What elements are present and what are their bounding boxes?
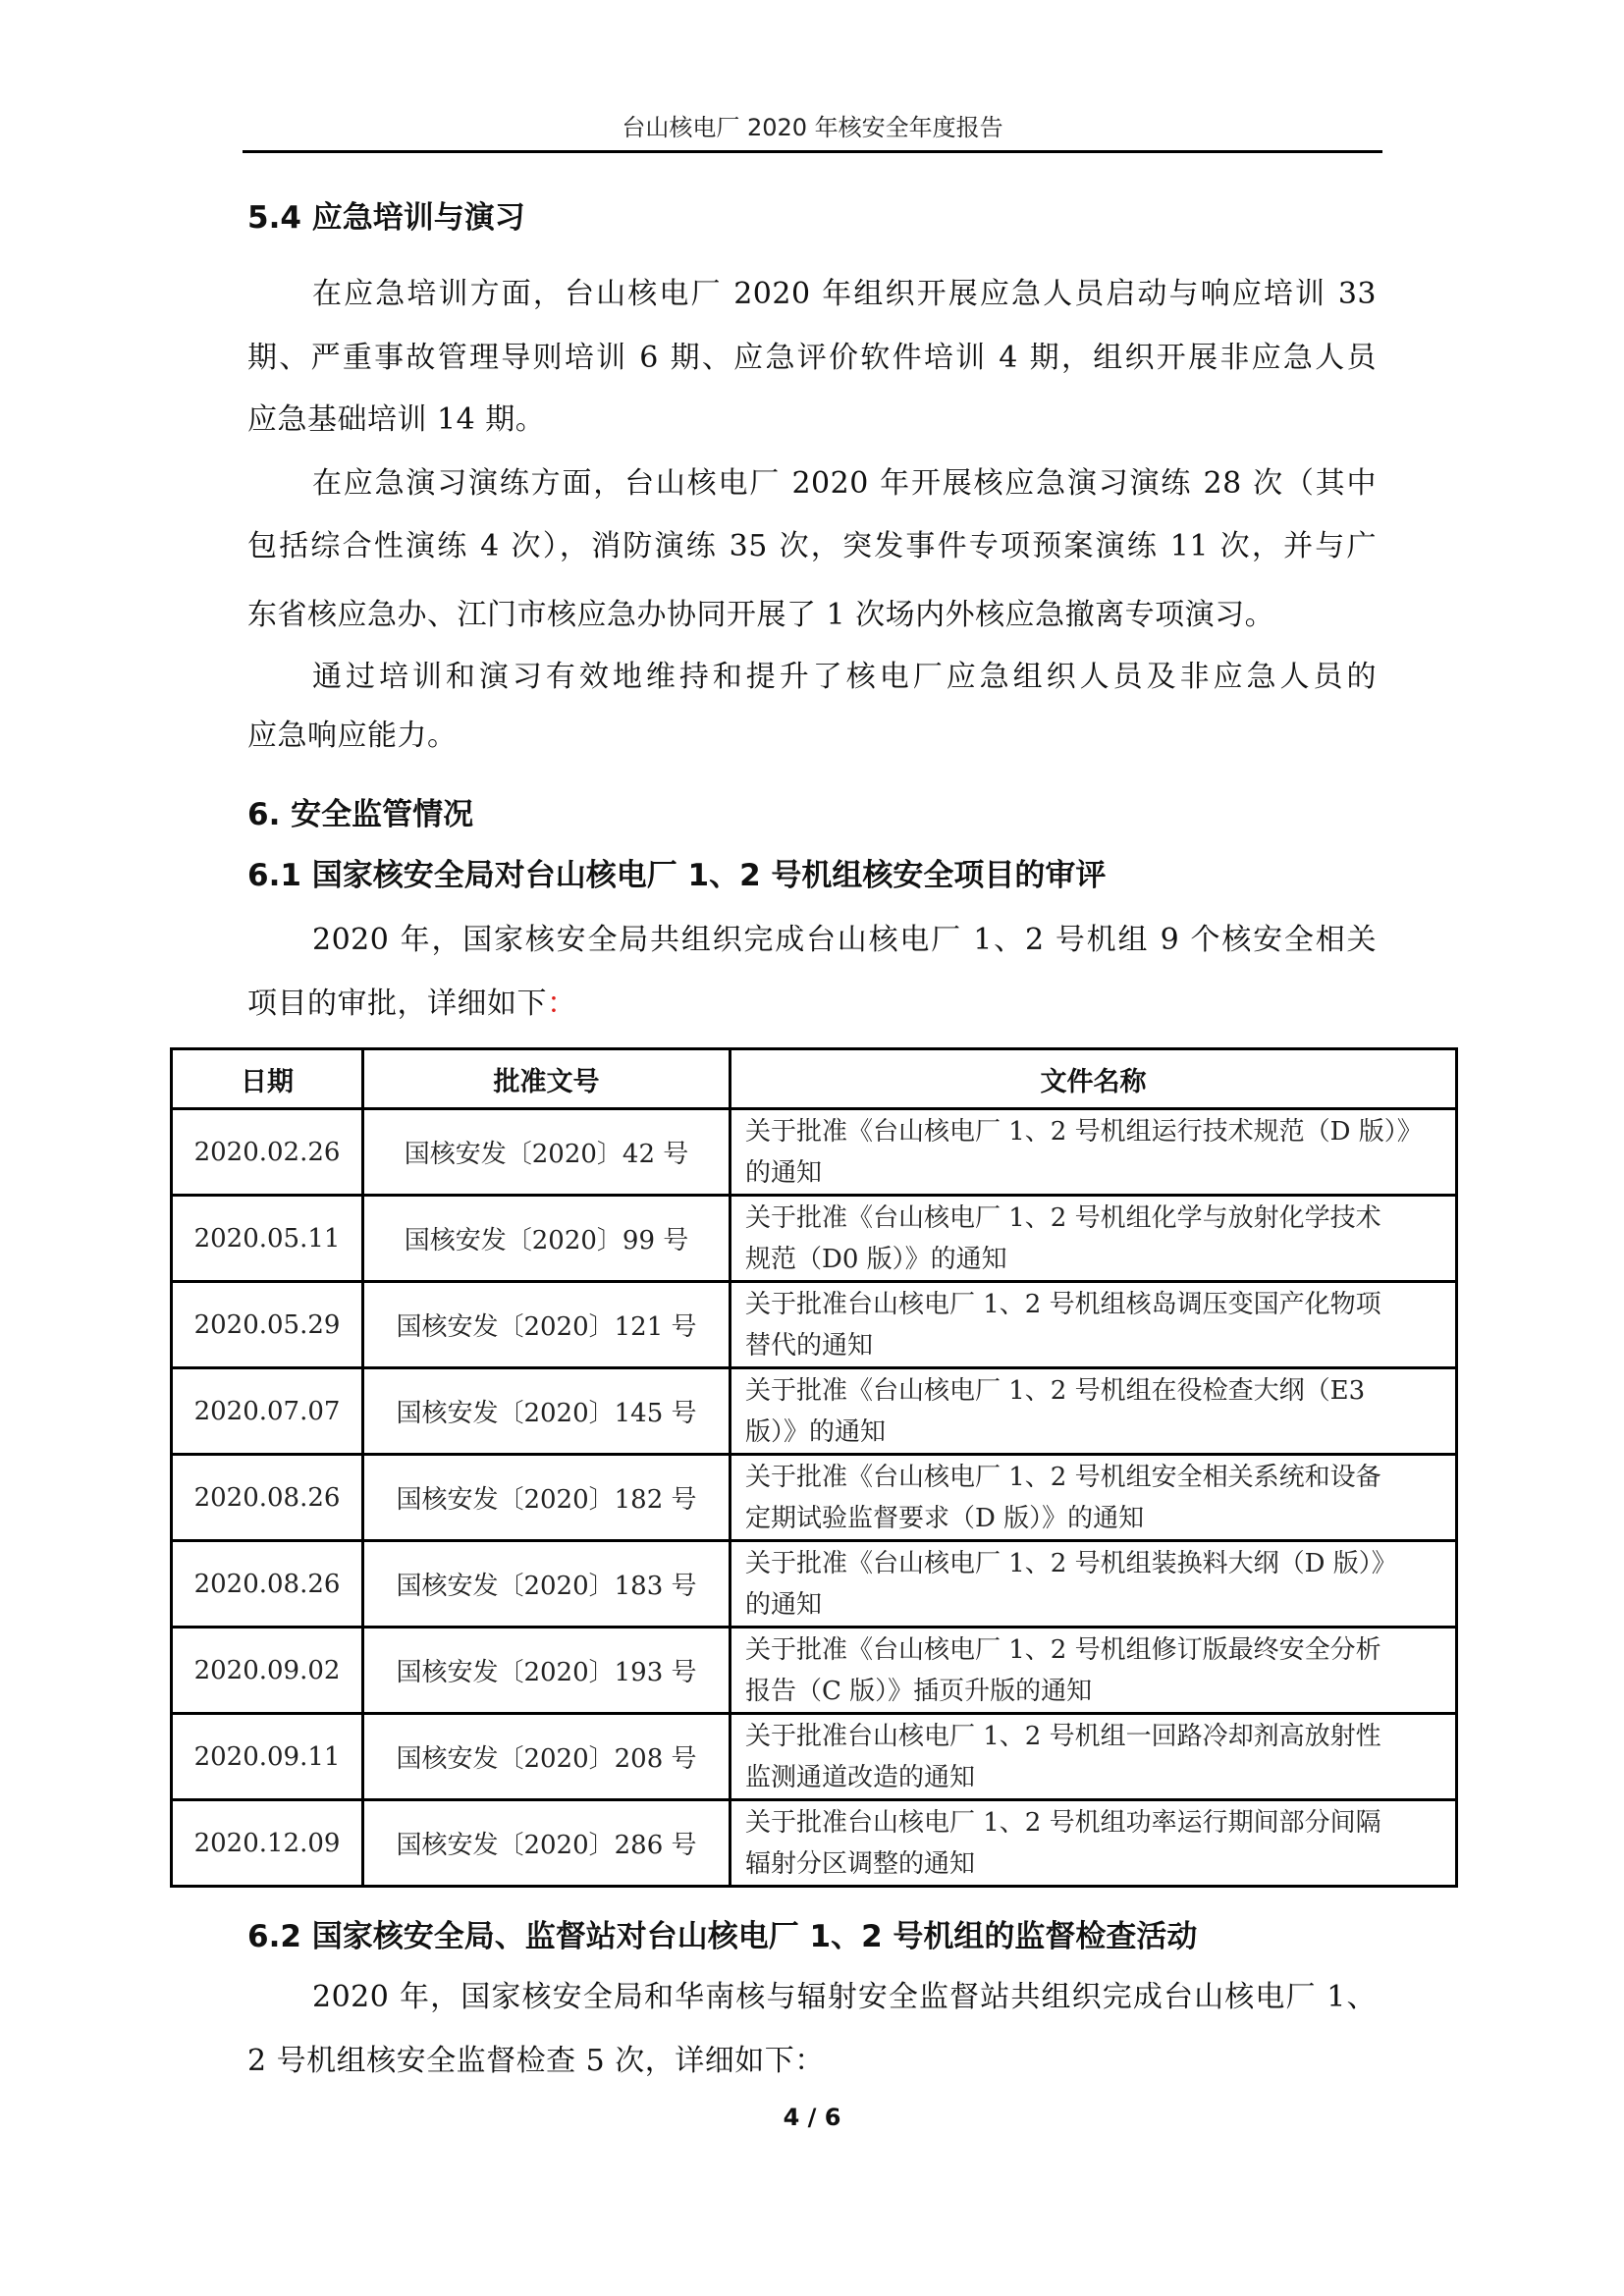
table-row: 2020.09.11国核安发〔2020〕208 号关于批准台山核电厂 1、2 号… bbox=[172, 1714, 1457, 1800]
page-header-title: 台山核电厂 2020 年核安全年度报告 bbox=[243, 108, 1382, 147]
approvals-table: 日期 批准文号 文件名称 2020.02.26国核安发〔2020〕42 号关于批… bbox=[170, 1047, 1458, 1888]
title-line: 监测通道改造的通知 bbox=[745, 1757, 1449, 1798]
title-line: 关于批准《台山核电厂 1、2 号机组安全相关系统和设备 bbox=[745, 1457, 1449, 1498]
cell-approval-number: 国核安发〔2020〕182 号 bbox=[363, 1455, 731, 1541]
cell-document-title: 关于批准《台山核电厂 1、2 号机组运行技术规范（D 版）》的通知 bbox=[731, 1109, 1457, 1196]
table-row: 2020.05.11国核安发〔2020〕99 号关于批准《台山核电厂 1、2 号… bbox=[172, 1196, 1457, 1282]
section-heading-6-2: 6.2 国家核安全局、监督站对台山核电厂 1、2 号机组的监督检查活动 bbox=[247, 1905, 1377, 1968]
paragraph-line: 通过培训和演习有效地维持和提升了核电厂应急组织人员及非应急人员的 bbox=[247, 646, 1377, 709]
cell-document-title: 关于批准《台山核电厂 1、2 号机组修订版最终安全分析报告（C 版）》插页升版的… bbox=[731, 1628, 1457, 1714]
intro-text: 项目的审批，详细如下 bbox=[247, 987, 547, 1021]
cell-date: 2020.08.26 bbox=[172, 1455, 363, 1541]
paragraph-line: 期、严重事故管理导则培训 6 期、应急评价软件培训 4 期，组织开展非应急人员 bbox=[247, 327, 1377, 390]
paragraph-line: 东省核应急办、江门市核应急办协同开展了 1 次场内外核应急撤离专项演习。 bbox=[247, 584, 1377, 647]
title-line: 关于批准台山核电厂 1、2 号机组核岛调压变国产化物项 bbox=[745, 1284, 1449, 1325]
table-row: 2020.12.09国核安发〔2020〕286 号关于批准台山核电厂 1、2 号… bbox=[172, 1800, 1457, 1887]
paragraph-line: 项目的审批，详细如下： bbox=[247, 973, 1377, 1036]
title-line: 规范（D0 版）》的通知 bbox=[745, 1239, 1449, 1280]
cell-approval-number: 国核安发〔2020〕121 号 bbox=[363, 1282, 731, 1368]
cell-date: 2020.02.26 bbox=[172, 1109, 363, 1196]
cell-approval-number: 国核安发〔2020〕145 号 bbox=[363, 1368, 731, 1455]
cell-approval-number: 国核安发〔2020〕183 号 bbox=[363, 1541, 731, 1628]
cell-date: 2020.08.26 bbox=[172, 1541, 363, 1628]
table-row: 2020.02.26国核安发〔2020〕42 号关于批准《台山核电厂 1、2 号… bbox=[172, 1109, 1457, 1196]
title-line: 关于批准《台山核电厂 1、2 号机组修订版最终安全分析 bbox=[745, 1629, 1449, 1671]
section-heading-6: 6. 安全监管情况 bbox=[247, 783, 1377, 846]
table-row: 2020.08.26国核安发〔2020〕182 号关于批准《台山核电厂 1、2 … bbox=[172, 1455, 1457, 1541]
paragraph-line: 应急响应能力。 bbox=[247, 705, 1377, 768]
paragraph-line: 2020 年，国家核安全局和华南核与辐射安全监督站共组织完成台山核电厂 1、 bbox=[247, 1966, 1377, 2029]
title-line: 替代的通知 bbox=[745, 1325, 1449, 1366]
title-line: 报告（C 版）》插页升版的通知 bbox=[745, 1671, 1449, 1712]
cell-document-title: 关于批准《台山核电厂 1、2 号机组化学与放射化学技术规范（D0 版）》的通知 bbox=[731, 1196, 1457, 1282]
column-header-date: 日期 bbox=[172, 1049, 363, 1109]
title-line: 的通知 bbox=[745, 1152, 1449, 1194]
cell-date: 2020.09.11 bbox=[172, 1714, 363, 1800]
cell-date: 2020.09.02 bbox=[172, 1628, 363, 1714]
title-line: 关于批准台山核电厂 1、2 号机组一回路冷却剂高放射性 bbox=[745, 1716, 1449, 1757]
red-colon: ： bbox=[547, 987, 577, 1021]
table-row: 2020.08.26国核安发〔2020〕183 号关于批准《台山核电厂 1、2 … bbox=[172, 1541, 1457, 1628]
title-line: 辐射分区调整的通知 bbox=[745, 1843, 1449, 1885]
cell-document-title: 关于批准《台山核电厂 1、2 号机组安全相关系统和设备定期试验监督要求（D 版）… bbox=[731, 1455, 1457, 1541]
cell-document-title: 关于批准台山核电厂 1、2 号机组一回路冷却剂高放射性监测通道改造的通知 bbox=[731, 1714, 1457, 1800]
table-row: 2020.09.02国核安发〔2020〕193 号关于批准《台山核电厂 1、2 … bbox=[172, 1628, 1457, 1714]
section-heading-5-4: 5.4 应急培训与演习 bbox=[247, 187, 1377, 249]
column-header-number: 批准文号 bbox=[363, 1049, 731, 1109]
section-heading-6-1: 6.1 国家核安全局对台山核电厂 1、2 号机组核安全项目的审评 bbox=[247, 844, 1377, 907]
cell-document-title: 关于批准《台山核电厂 1、2 号机组装换料大纲（D 版）》的通知 bbox=[731, 1541, 1457, 1628]
table-row: 2020.05.29国核安发〔2020〕121 号关于批准台山核电厂 1、2 号… bbox=[172, 1282, 1457, 1368]
cell-approval-number: 国核安发〔2020〕193 号 bbox=[363, 1628, 731, 1714]
title-line: 版）》的通知 bbox=[745, 1412, 1449, 1453]
title-line: 关于批准《台山核电厂 1、2 号机组化学与放射化学技术 bbox=[745, 1198, 1449, 1239]
table-header-row: 日期 批准文号 文件名称 bbox=[172, 1049, 1457, 1109]
title-line: 关于批准台山核电厂 1、2 号机组功率运行期间部分间隔 bbox=[745, 1802, 1449, 1843]
title-line: 定期试验监督要求（D 版）》的通知 bbox=[745, 1498, 1449, 1539]
cell-date: 2020.07.07 bbox=[172, 1368, 363, 1455]
table-row: 2020.07.07国核安发〔2020〕145 号关于批准《台山核电厂 1、2 … bbox=[172, 1368, 1457, 1455]
cell-date: 2020.05.11 bbox=[172, 1196, 363, 1282]
column-header-title: 文件名称 bbox=[731, 1049, 1457, 1109]
title-line: 关于批准《台山核电厂 1、2 号机组装换料大纲（D 版）》 bbox=[745, 1543, 1449, 1584]
paragraph-line: 在应急演习演练方面，台山核电厂 2020 年开展核应急演习演练 28 次（其中 bbox=[247, 453, 1377, 515]
cell-approval-number: 国核安发〔2020〕208 号 bbox=[363, 1714, 731, 1800]
paragraph-line: 在应急培训方面，台山核电厂 2020 年组织开展应急人员启动与响应培训 33 bbox=[247, 263, 1377, 326]
cell-document-title: 关于批准台山核电厂 1、2 号机组功率运行期间部分间隔辐射分区调整的通知 bbox=[731, 1800, 1457, 1887]
cell-document-title: 关于批准台山核电厂 1、2 号机组核岛调压变国产化物项替代的通知 bbox=[731, 1282, 1457, 1368]
paragraph-line: 2020 年，国家核安全局共组织完成台山核电厂 1、2 号机组 9 个核安全相关 bbox=[247, 909, 1377, 972]
paragraph-line: 应急基础培训 14 期。 bbox=[247, 389, 1377, 452]
page-number: 4 / 6 bbox=[0, 2101, 1624, 2134]
title-line: 关于批准《台山核电厂 1、2 号机组在役检查大纲（E3 bbox=[745, 1370, 1449, 1412]
header-rule bbox=[243, 150, 1382, 153]
cell-date: 2020.05.29 bbox=[172, 1282, 363, 1368]
cell-approval-number: 国核安发〔2020〕286 号 bbox=[363, 1800, 731, 1887]
title-line: 关于批准《台山核电厂 1、2 号机组运行技术规范（D 版）》 bbox=[745, 1111, 1449, 1152]
cell-approval-number: 国核安发〔2020〕99 号 bbox=[363, 1196, 731, 1282]
paragraph-line: 2 号机组核安全监督检查 5 次，详细如下： bbox=[247, 2030, 1377, 2093]
cell-date: 2020.12.09 bbox=[172, 1800, 363, 1887]
cell-approval-number: 国核安发〔2020〕42 号 bbox=[363, 1109, 731, 1196]
cell-document-title: 关于批准《台山核电厂 1、2 号机组在役检查大纲（E3版）》的通知 bbox=[731, 1368, 1457, 1455]
title-line: 的通知 bbox=[745, 1584, 1449, 1626]
paragraph-line: 包括综合性演练 4 次），消防演练 35 次，突发事件专项预案演练 11 次，并… bbox=[247, 515, 1377, 578]
